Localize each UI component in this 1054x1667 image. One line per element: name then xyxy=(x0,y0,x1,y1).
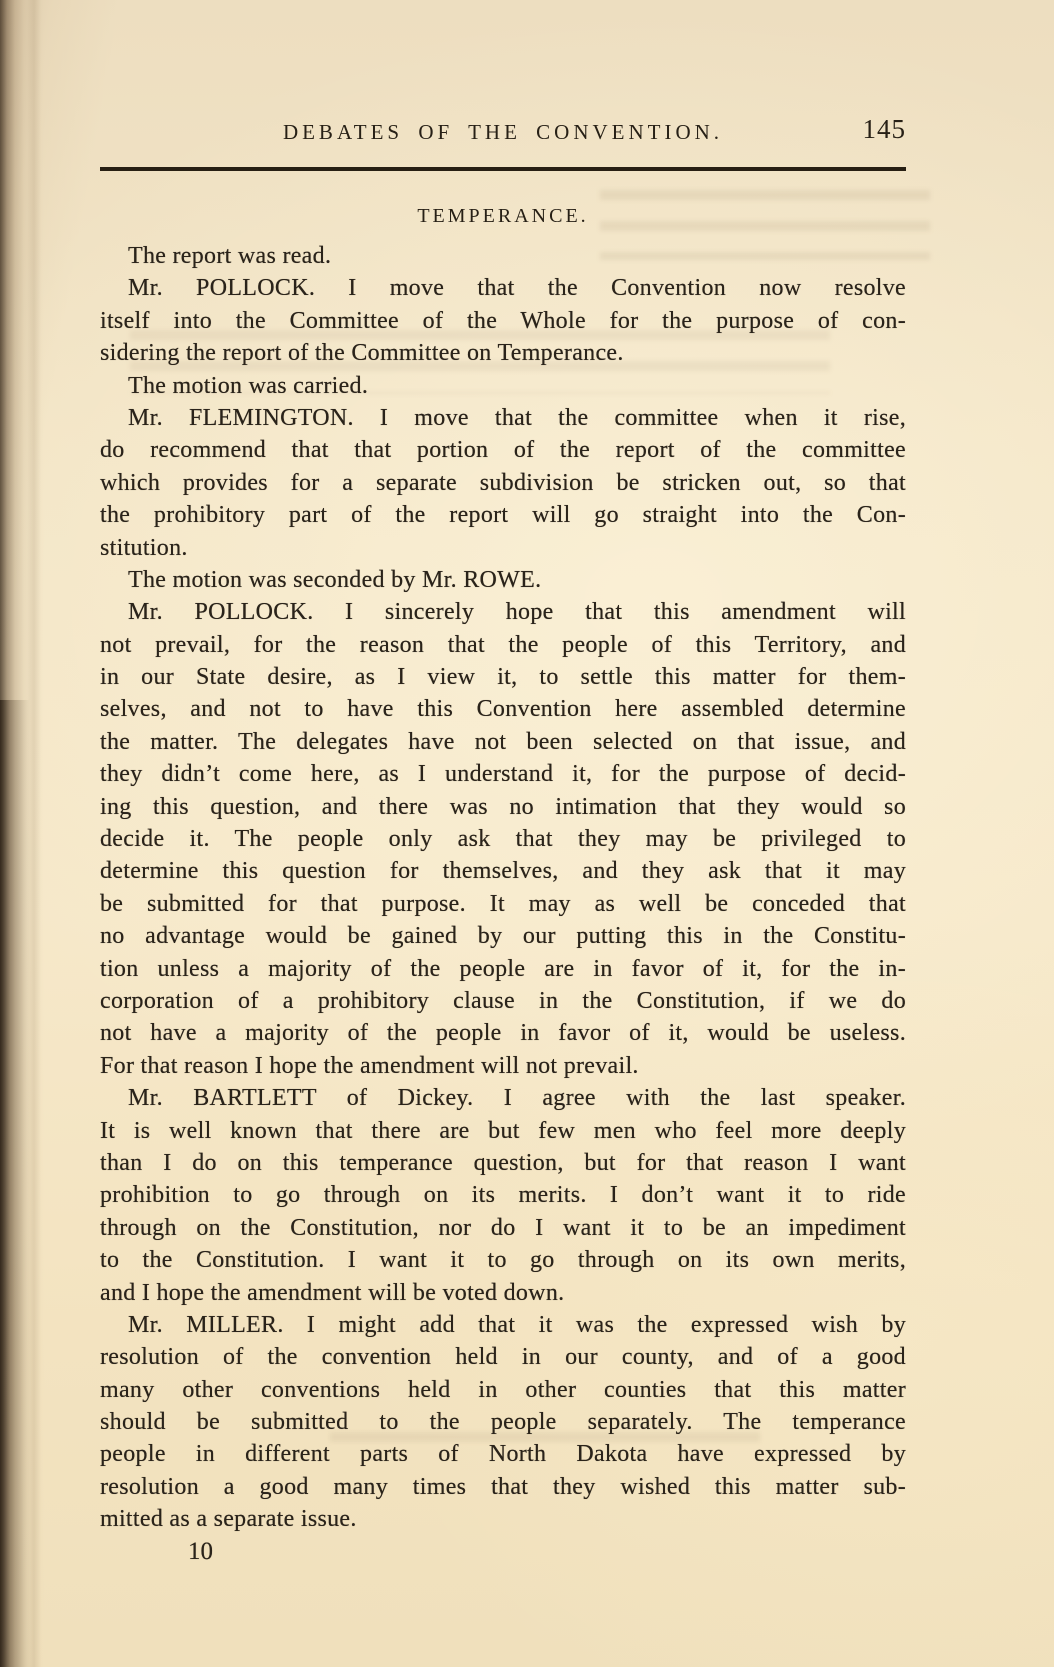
signature-mark: 10 xyxy=(188,1538,213,1566)
text-line: It is well known that there are but few … xyxy=(100,1115,906,1147)
paragraph: Mr. FLEMINGTON. I move that the committe… xyxy=(100,402,906,564)
paragraph: Mr. POLLOCK. I move that the Convention … xyxy=(100,272,906,369)
text-line: tion unless a majority of the people are… xyxy=(100,953,906,985)
paragraph: The motion was carried. xyxy=(100,370,906,402)
text-line: through on the Constitution, nor do I wa… xyxy=(100,1212,906,1244)
text-line: not have a majority of the people in fav… xyxy=(100,1017,906,1049)
text-line: itself into the Committee of the Whole f… xyxy=(100,305,906,337)
page-number: 145 xyxy=(863,114,907,145)
text-line: sidering the report of the Committee on … xyxy=(100,337,906,369)
text-line: the prohibitory part of the report will … xyxy=(100,499,906,531)
text-line: determine this question for themselves, … xyxy=(100,855,906,887)
text-line: people in different parts of North Dakot… xyxy=(100,1438,906,1470)
body-text: The report was read.Mr. POLLOCK. I move … xyxy=(100,240,906,1536)
section-heading: TEMPERANCE. xyxy=(100,205,906,228)
text-line: prohibition to go through on its merits.… xyxy=(100,1179,906,1211)
paragraph: The motion was seconded by Mr. ROWE. xyxy=(100,564,906,596)
text-line: decide it. The people only ask that they… xyxy=(100,823,906,855)
text-line: in our State desire, as I view it, to se… xyxy=(100,661,906,693)
running-head-title: DEBATES OF THE CONVENTION. xyxy=(100,120,906,145)
text-line: Mr. POLLOCK. I sincerely hope that this … xyxy=(100,596,906,628)
text-line: should be submitted to the people separa… xyxy=(100,1406,906,1438)
text-line: Mr. FLEMINGTON. I move that the committe… xyxy=(100,402,906,434)
text-line: Mr. POLLOCK. I move that the Convention … xyxy=(100,272,906,304)
page-gutter-shadow xyxy=(0,0,44,1667)
text-line: do recommend that that portion of the re… xyxy=(100,434,906,466)
text-line: not prevail, for the reason that the peo… xyxy=(100,629,906,661)
text-line: For that reason I hope the amendment wil… xyxy=(100,1050,906,1082)
paragraph: Mr. BARTLETT of Dickey. I agree with the… xyxy=(100,1082,906,1309)
text-line: resolution of the convention held in our… xyxy=(100,1341,906,1373)
paragraph: Mr. POLLOCK. I sincerely hope that this … xyxy=(100,596,906,1082)
text-line: than I do on this temperance question, b… xyxy=(100,1147,906,1179)
text-line: corporation of a prohibitory clause in t… xyxy=(100,985,906,1017)
text-line: The motion was seconded by Mr. ROWE. xyxy=(100,564,906,596)
text-line: mitted as a separate issue. xyxy=(100,1503,906,1535)
text-line: Mr. BARTLETT of Dickey. I agree with the… xyxy=(100,1082,906,1114)
text-line: resolution a good many times that they w… xyxy=(100,1471,906,1503)
header-divider-rule xyxy=(100,167,906,171)
text-line: ing this question, and there was no inti… xyxy=(100,791,906,823)
text-line: The report was read. xyxy=(100,240,906,272)
text-column: DEBATES OF THE CONVENTION. 145 TEMPERANC… xyxy=(100,0,906,1667)
text-line: they didn’t come here, as I understand i… xyxy=(100,758,906,790)
text-line: be submitted for that purpose. It may as… xyxy=(100,888,906,920)
book-page-scan: DEBATES OF THE CONVENTION. 145 TEMPERANC… xyxy=(0,0,1054,1667)
text-line: Mr. MILLER. I might add that it was the … xyxy=(100,1309,906,1341)
page-crease xyxy=(27,0,41,1667)
text-line: no advantage would be gained by our putt… xyxy=(100,920,906,952)
text-line: many other conventions held in other cou… xyxy=(100,1374,906,1406)
paragraph: Mr. MILLER. I might add that it was the … xyxy=(100,1309,906,1536)
text-line: the matter. The delegates have not been … xyxy=(100,726,906,758)
text-line: The motion was carried. xyxy=(100,370,906,402)
text-line: and I hope the amendment will be voted d… xyxy=(100,1277,906,1309)
text-line: stitution. xyxy=(100,532,906,564)
text-line: to the Constitution. I want it to go thr… xyxy=(100,1244,906,1276)
paragraph: The report was read. xyxy=(100,240,906,272)
text-line: which provides for a separate subdivisio… xyxy=(100,467,906,499)
text-line: selves, and not to have this Convention … xyxy=(100,693,906,725)
